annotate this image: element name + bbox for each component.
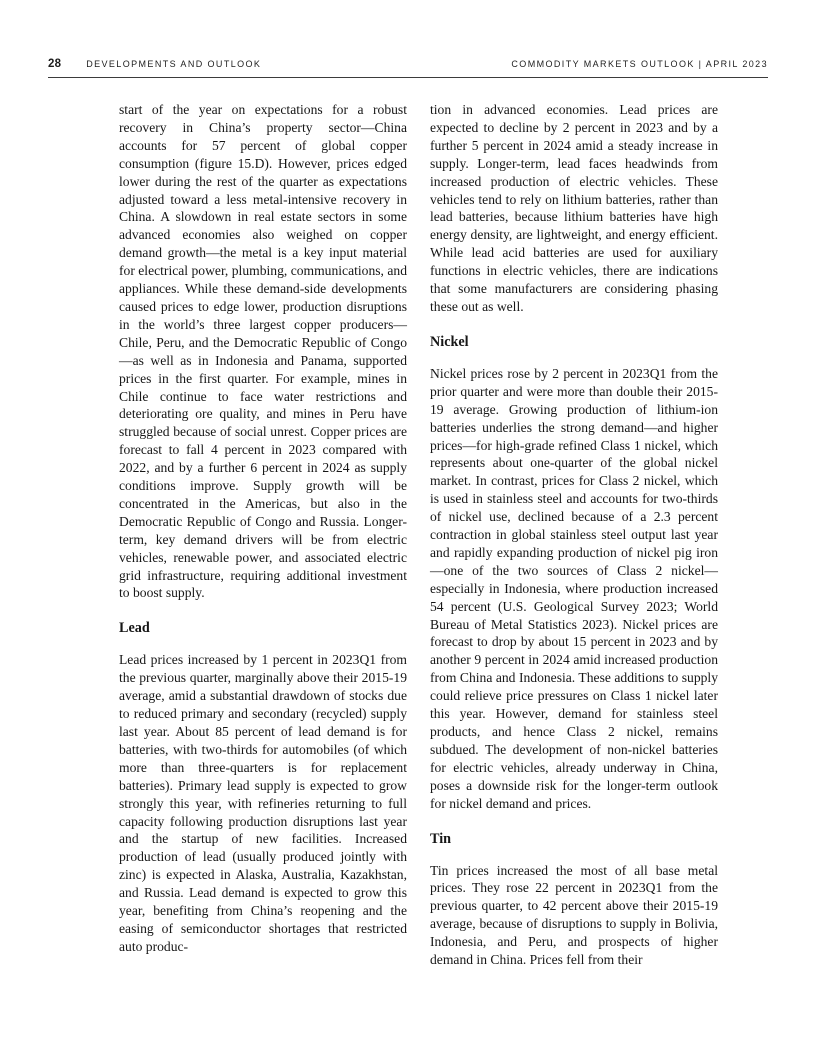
paragraph-lead-continued: tion in advanced economies. Lead prices … bbox=[430, 101, 718, 316]
running-head-section-title: DEVELOPMENTS AND OUTLOOK bbox=[86, 59, 261, 69]
header-rule bbox=[48, 77, 768, 78]
body-columns: start of the year on expectations for a … bbox=[119, 101, 719, 969]
page-header: 28 DEVELOPMENTS AND OUTLOOK COMMODITY MA… bbox=[48, 58, 768, 70]
running-head-publication-title: COMMODITY MARKETS OUTLOOK | APRIL 2023 bbox=[511, 59, 768, 69]
heading-tin: Tin bbox=[430, 830, 718, 848]
page-number: 28 bbox=[48, 58, 61, 70]
right-column: tion in advanced economies. Lead prices … bbox=[430, 101, 718, 969]
left-column: start of the year on expectations for a … bbox=[119, 101, 407, 969]
running-head-left: 28 DEVELOPMENTS AND OUTLOOK bbox=[48, 58, 261, 70]
document-page: 28 DEVELOPMENTS AND OUTLOOK COMMODITY MA… bbox=[0, 0, 816, 1056]
paragraph-copper-outlook: start of the year on expectations for a … bbox=[119, 101, 407, 602]
heading-lead: Lead bbox=[119, 619, 407, 637]
paragraph-lead: Lead prices increased by 1 percent in 20… bbox=[119, 651, 407, 955]
heading-nickel: Nickel bbox=[430, 333, 718, 351]
paragraph-nickel: Nickel prices rose by 2 percent in 2023Q… bbox=[430, 365, 718, 813]
paragraph-tin: Tin prices increased the most of all bas… bbox=[430, 862, 718, 969]
